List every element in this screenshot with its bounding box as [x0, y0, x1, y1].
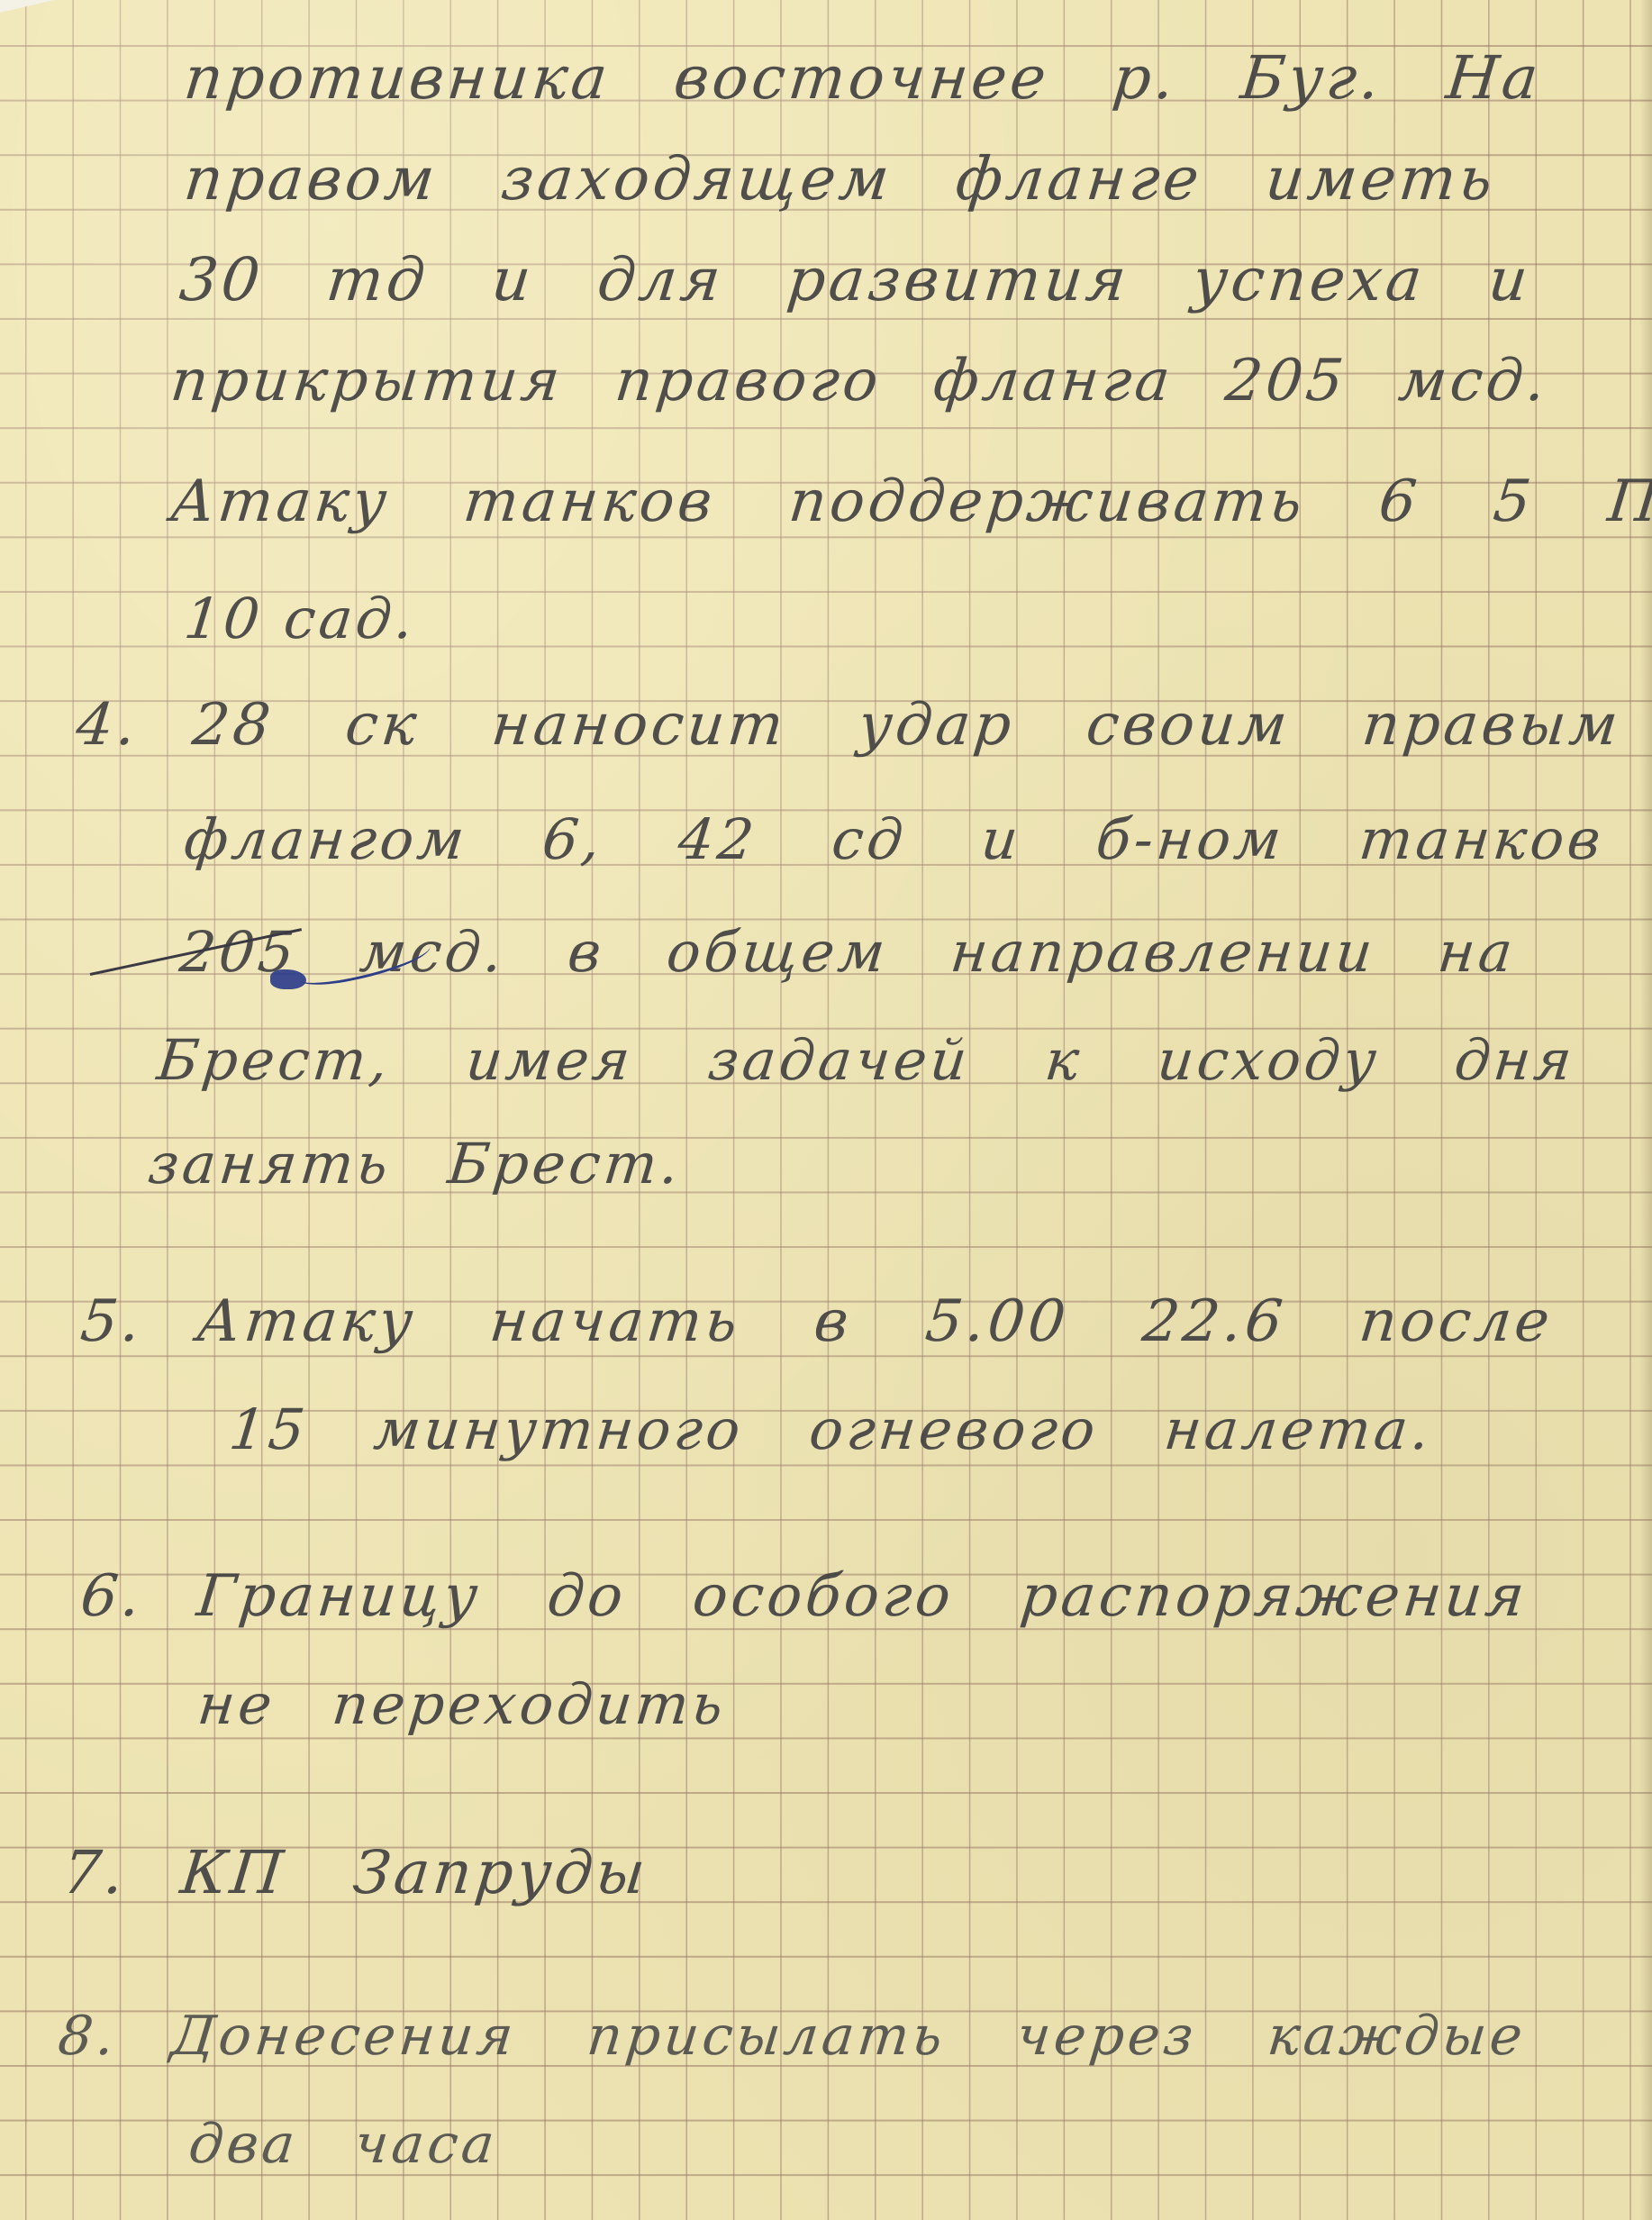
handwritten-line-16: 7.КП Запруды	[59, 1838, 652, 1907]
handwritten-line-1: противника восточнее р. Буг. На	[181, 43, 1545, 113]
handwritten-line-8: флангом 6, 42 сд и б-ном танков	[181, 806, 1607, 872]
handwritten-line-6: 10 сад.	[181, 586, 420, 651]
page-edge-shadow	[1639, 0, 1652, 2220]
handwritten-line-10: Брест, имея задачей к исходу дня	[154, 1027, 1578, 1093]
line-text: Атаку танков поддерживать 6 5 П.	[168, 469, 1652, 535]
item-number: 6.	[77, 1563, 147, 1630]
handwritten-line-12: 5.Атаку начать в 5.00 22.6 после	[77, 1288, 1556, 1355]
line-text: 30 тд и для развития успеха и	[177, 245, 1535, 314]
line-text: 28 ск наносит удар своим правым	[189, 692, 1624, 759]
line-text: прикрытия правого фланга 205 мсд.	[168, 348, 1552, 414]
line-text: Атаку начать в 5.00 22.6 после	[194, 1288, 1556, 1355]
handwritten-line-4: прикрытия правого фланга 205 мсд.	[168, 348, 1552, 414]
handwritten-line-14: 6.Границу до особого распоряжения	[77, 1563, 1530, 1630]
item-number: 7.	[59, 1838, 131, 1907]
line-text: КП Запруды	[177, 1838, 652, 1907]
graph-paper-page: противника восточнее р. Буг. На правом з…	[0, 0, 1652, 2220]
item-number: 8.	[55, 2005, 121, 2068]
handwritten-line-2: правом заходящем фланге иметь	[181, 144, 1499, 214]
torn-corner	[0, 0, 54, 13]
handwritten-line-13: 15 минутного огневого налета.	[226, 1397, 1436, 1462]
handwritten-line-7: 4.28 ск наносит удар своим правым	[73, 692, 1624, 759]
handwritten-line-11: занять Брест.	[145, 1131, 685, 1196]
handwritten-line-17: 8.Донесения присылать через каждые	[55, 2005, 1529, 2068]
item-number: 5.	[77, 1288, 147, 1355]
handwritten-line-18: два часа	[186, 2113, 501, 2176]
line-text: не переходить	[195, 1671, 730, 1737]
item-number: 4.	[73, 692, 142, 759]
line-text: занять Брест.	[145, 1131, 685, 1196]
line-text: правом заходящем фланге иметь	[181, 144, 1499, 214]
line-text: Границу до особого распоряжения	[194, 1563, 1530, 1630]
handwritten-line-3: 30 тд и для развития успеха и	[177, 245, 1535, 314]
line-text: 10 сад.	[181, 586, 420, 651]
line-text: противника восточнее р. Буг. На	[181, 43, 1545, 113]
handwritten-line-5: Атаку танков поддерживать 6 5 П.	[168, 469, 1652, 535]
blue-ink-blot	[270, 969, 306, 989]
handwritten-line-15: не переходить	[195, 1671, 730, 1737]
line-text: Донесения присылать через каждые	[168, 2005, 1529, 2068]
line-text: флангом 6, 42 сд и б-ном танков	[181, 806, 1607, 872]
line-text: два часа	[186, 2113, 501, 2176]
line-text: Брест, имея задачей к исходу дня	[154, 1027, 1578, 1093]
line-text: 15 минутного огневого налета.	[226, 1397, 1436, 1462]
